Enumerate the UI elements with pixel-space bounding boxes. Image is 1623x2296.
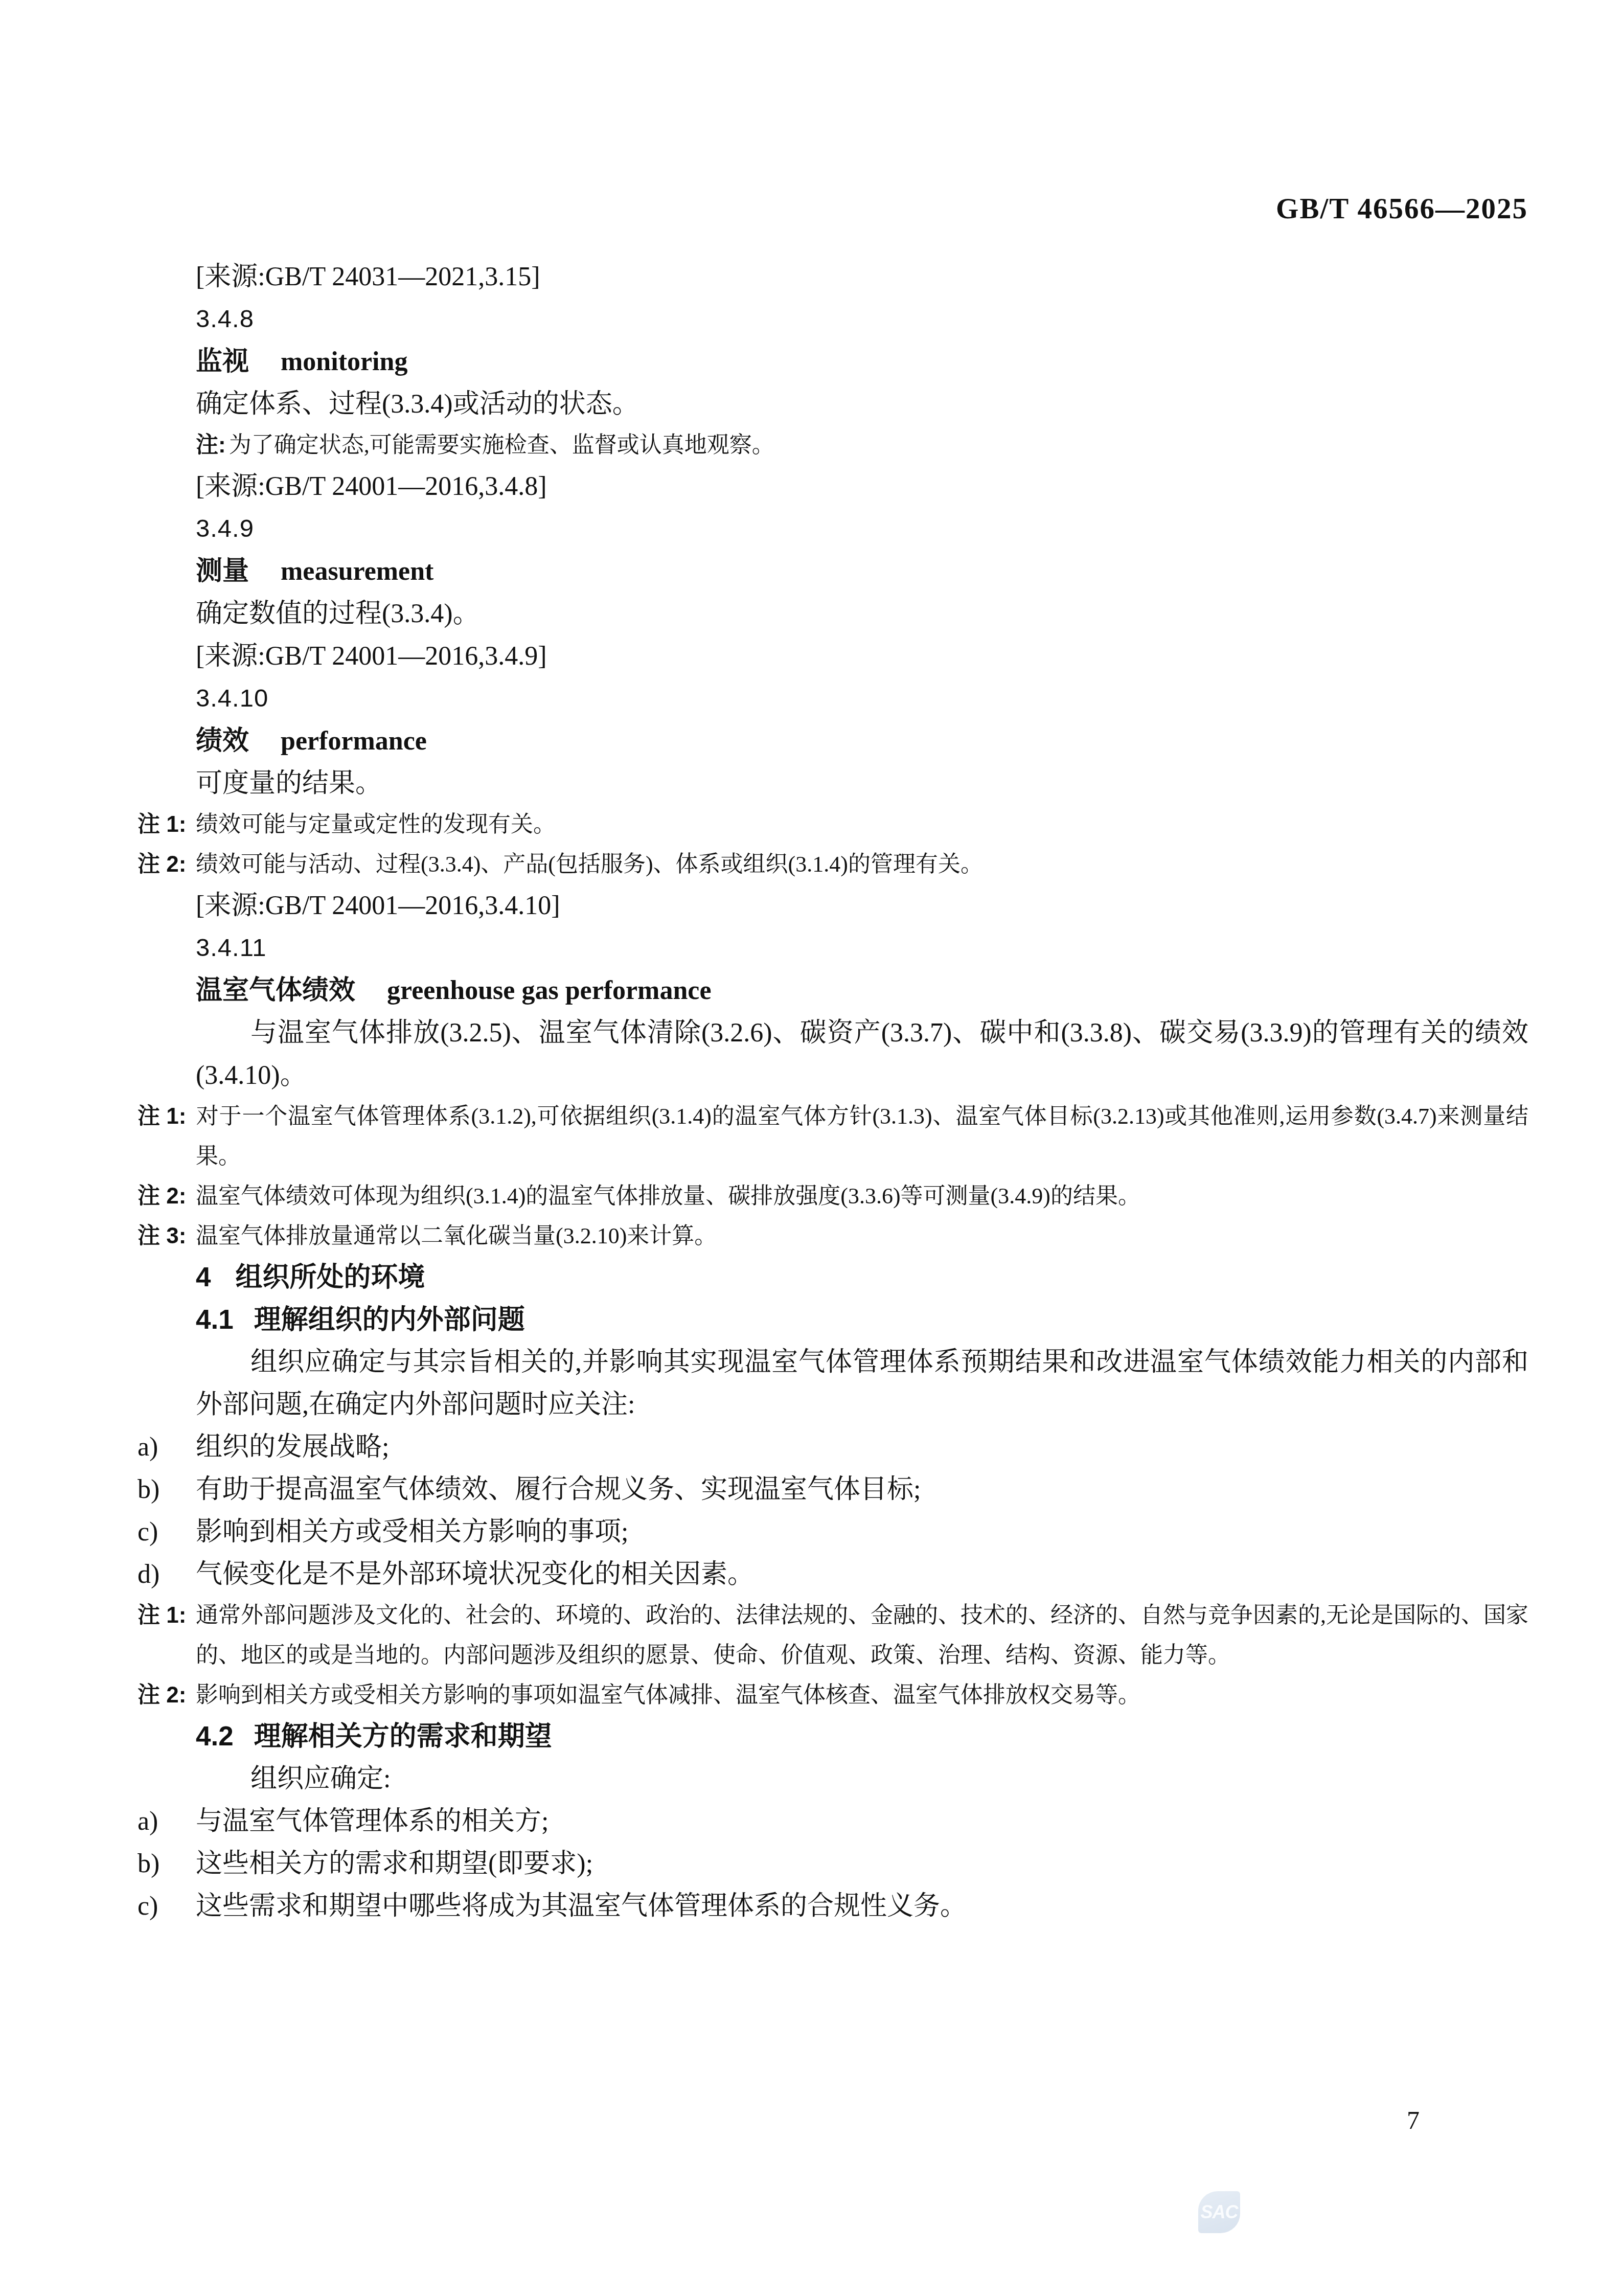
document-page: GB/T 46566—2025 [来源:GB/T 24031—2021,3.15… xyxy=(0,0,1623,2296)
note-label: 注 1: xyxy=(138,1596,196,1635)
note-text: 绩效可能与定量或定性的发现有关。 xyxy=(196,812,556,837)
clause-number: 3.4.9 xyxy=(196,508,1528,550)
term-zh: 测量 xyxy=(196,556,249,586)
list-item: a)组织的发展战略; xyxy=(196,1426,1528,1468)
note-label: 注 1: xyxy=(138,1097,196,1136)
list-item: b)这些相关方的需求和期望(即要求); xyxy=(196,1843,1528,1885)
definition: 确定体系、过程(3.3.4)或活动的状态。 xyxy=(196,383,1528,425)
note: 注 1:通常外部问题涉及文化的、社会的、环境的、政治的、法律法规的、金融的、技术… xyxy=(196,1596,1528,1675)
term-zh: 温室气体绩效 xyxy=(196,975,355,1005)
clause-number: 3.4.8 xyxy=(196,298,1528,340)
item-label: b) xyxy=(138,1843,196,1885)
item-label: a) xyxy=(138,1426,196,1468)
list-item: a)与温室气体管理体系的相关方; xyxy=(196,1800,1528,1843)
note: 注 2:影响到相关方或受相关方影响的事项如温室气体减排、温室气体核查、温室气体排… xyxy=(196,1675,1528,1715)
item-label: c) xyxy=(138,1511,196,1553)
definition: 确定数值的过程(3.3.4)。 xyxy=(196,593,1528,635)
section-heading-4-2: 4.2理解相关方的需求和期望 xyxy=(196,1715,1528,1758)
term-line: 绩效performance xyxy=(196,720,1528,762)
list-item: b)有助于提高温室气体绩效、履行合规义务、实现温室气体目标; xyxy=(196,1468,1528,1511)
note-label: 注 2: xyxy=(138,1176,196,1216)
section-title: 组织所处的环境 xyxy=(235,1262,425,1292)
source-line: [来源:GB/T 24001—2016,3.4.9] xyxy=(196,635,1528,677)
definition: 与温室气体排放(3.2.5)、温室气体清除(3.2.6)、碳资产(3.3.7)、… xyxy=(196,1012,1528,1097)
sac-watermark: SAC xyxy=(1198,2191,1240,2233)
note: 注 2:温室气体绩效可体现为组织(3.1.4)的温室气体排放量、碳排放强度(3.… xyxy=(196,1176,1528,1216)
note: 注 3:温室气体排放量通常以二氧化碳当量(3.2.10)来计算。 xyxy=(196,1216,1528,1256)
note-text: 通常外部问题涉及文化的、社会的、环境的、政治的、法律法规的、金融的、技术的、经济… xyxy=(196,1603,1528,1668)
item-label: a) xyxy=(138,1800,196,1843)
section-number: 4.1 xyxy=(196,1305,234,1335)
note: 注 2:绩效可能与活动、过程(3.3.4)、产品(包括服务)、体系或组织(3.1… xyxy=(196,845,1528,884)
note-label: 注 3: xyxy=(138,1216,196,1256)
paragraph: 组织应确定: xyxy=(196,1758,1528,1800)
text-column: [来源:GB/T 24031—2021,3.15] 3.4.8 监视monito… xyxy=(196,256,1528,1927)
list-item: c)这些需求和期望中哪些将成为其温室气体管理体系的合规性义务。 xyxy=(196,1885,1528,1927)
item-text: 与温室气体管理体系的相关方; xyxy=(196,1807,548,1836)
section-heading-4-1: 4.1理解组织的内外部问题 xyxy=(196,1299,1528,1341)
note: 注 1:对于一个温室气体管理体系(3.1.2),可依据组织(3.1.4)的温室气… xyxy=(196,1097,1528,1176)
note-text: 温室气体排放量通常以二氧化碳当量(3.2.10)来计算。 xyxy=(196,1223,717,1248)
term-en: measurement xyxy=(281,557,433,586)
clause-number: 3.4.11 xyxy=(196,927,1528,969)
note-text: 影响到相关方或受相关方影响的事项如温室气体减排、温室气体核查、温室气体排放权交易… xyxy=(196,1683,1140,1708)
note-label: 注: xyxy=(196,433,226,458)
section-title: 理解组织的内外部问题 xyxy=(254,1305,525,1335)
section-title: 理解相关方的需求和期望 xyxy=(254,1721,552,1752)
item-text: 有助于提高温室气体绩效、履行合规义务、实现温室气体目标; xyxy=(196,1475,921,1504)
note-label: 注 1: xyxy=(138,805,196,845)
standard-code-header: GB/T 46566—2025 xyxy=(1276,192,1528,225)
section-number: 4 xyxy=(196,1262,211,1292)
note-text: 温室气体绩效可体现为组织(3.1.4)的温室气体排放量、碳排放强度(3.3.6)… xyxy=(196,1184,1140,1209)
clause-number: 3.4.10 xyxy=(196,677,1528,720)
item-text: 组织的发展战略; xyxy=(196,1433,389,1462)
item-label: d) xyxy=(138,1553,196,1596)
item-label: b) xyxy=(138,1468,196,1511)
term-en: monitoring xyxy=(281,347,407,376)
section-heading-4: 4组织所处的环境 xyxy=(196,1256,1528,1299)
term-line: 监视monitoring xyxy=(196,340,1528,383)
definition: 可度量的结果。 xyxy=(196,762,1528,805)
list-item: d)气候变化是不是外部环境状况变化的相关因素。 xyxy=(196,1553,1528,1596)
paragraph: 组织应确定与其宗旨相关的,并影响其实现温室气体管理体系预期结果和改进温室气体绩效… xyxy=(196,1341,1528,1426)
term-zh: 绩效 xyxy=(196,726,249,756)
term-zh: 监视 xyxy=(196,347,249,376)
list-item: c)影响到相关方或受相关方影响的事项; xyxy=(196,1511,1528,1553)
item-label: c) xyxy=(138,1885,196,1927)
term-line: 温室气体绩效greenhouse gas performance xyxy=(196,969,1528,1012)
note: 注:为了确定状态,可能需要实施检查、监督或认真地观察。 xyxy=(196,425,1528,465)
item-text: 影响到相关方或受相关方影响的事项; xyxy=(196,1517,628,1547)
note: 注 1:绩效可能与定量或定性的发现有关。 xyxy=(196,805,1528,845)
sac-logo-text: SAC xyxy=(1200,2201,1238,2223)
section-number: 4.2 xyxy=(196,1721,234,1752)
note-text: 绩效可能与活动、过程(3.3.4)、产品(包括服务)、体系或组织(3.1.4)的… xyxy=(196,852,983,877)
term-line: 测量measurement xyxy=(196,550,1528,593)
note-text: 对于一个温室气体管理体系(3.1.2),可依据组织(3.1.4)的温室气体方针(… xyxy=(196,1104,1528,1169)
note-text: 为了确定状态,可能需要实施检查、监督或认真地观察。 xyxy=(229,433,774,458)
item-text: 这些相关方的需求和期望(即要求); xyxy=(196,1849,593,1878)
source-line: [来源:GB/T 24001—2016,3.4.8] xyxy=(196,465,1528,508)
source-line: [来源:GB/T 24031—2021,3.15] xyxy=(196,256,1528,298)
page-number: 7 xyxy=(1407,2105,1420,2135)
term-en: performance xyxy=(281,726,427,756)
item-text: 气候变化是不是外部环境状况变化的相关因素。 xyxy=(196,1560,754,1589)
note-label: 注 2: xyxy=(138,845,196,884)
source-line: [来源:GB/T 24001—2016,3.4.10] xyxy=(196,884,1528,927)
item-text: 这些需求和期望中哪些将成为其温室气体管理体系的合规性义务。 xyxy=(196,1892,967,1921)
note-label: 注 2: xyxy=(138,1675,196,1715)
term-en: greenhouse gas performance xyxy=(387,976,712,1005)
